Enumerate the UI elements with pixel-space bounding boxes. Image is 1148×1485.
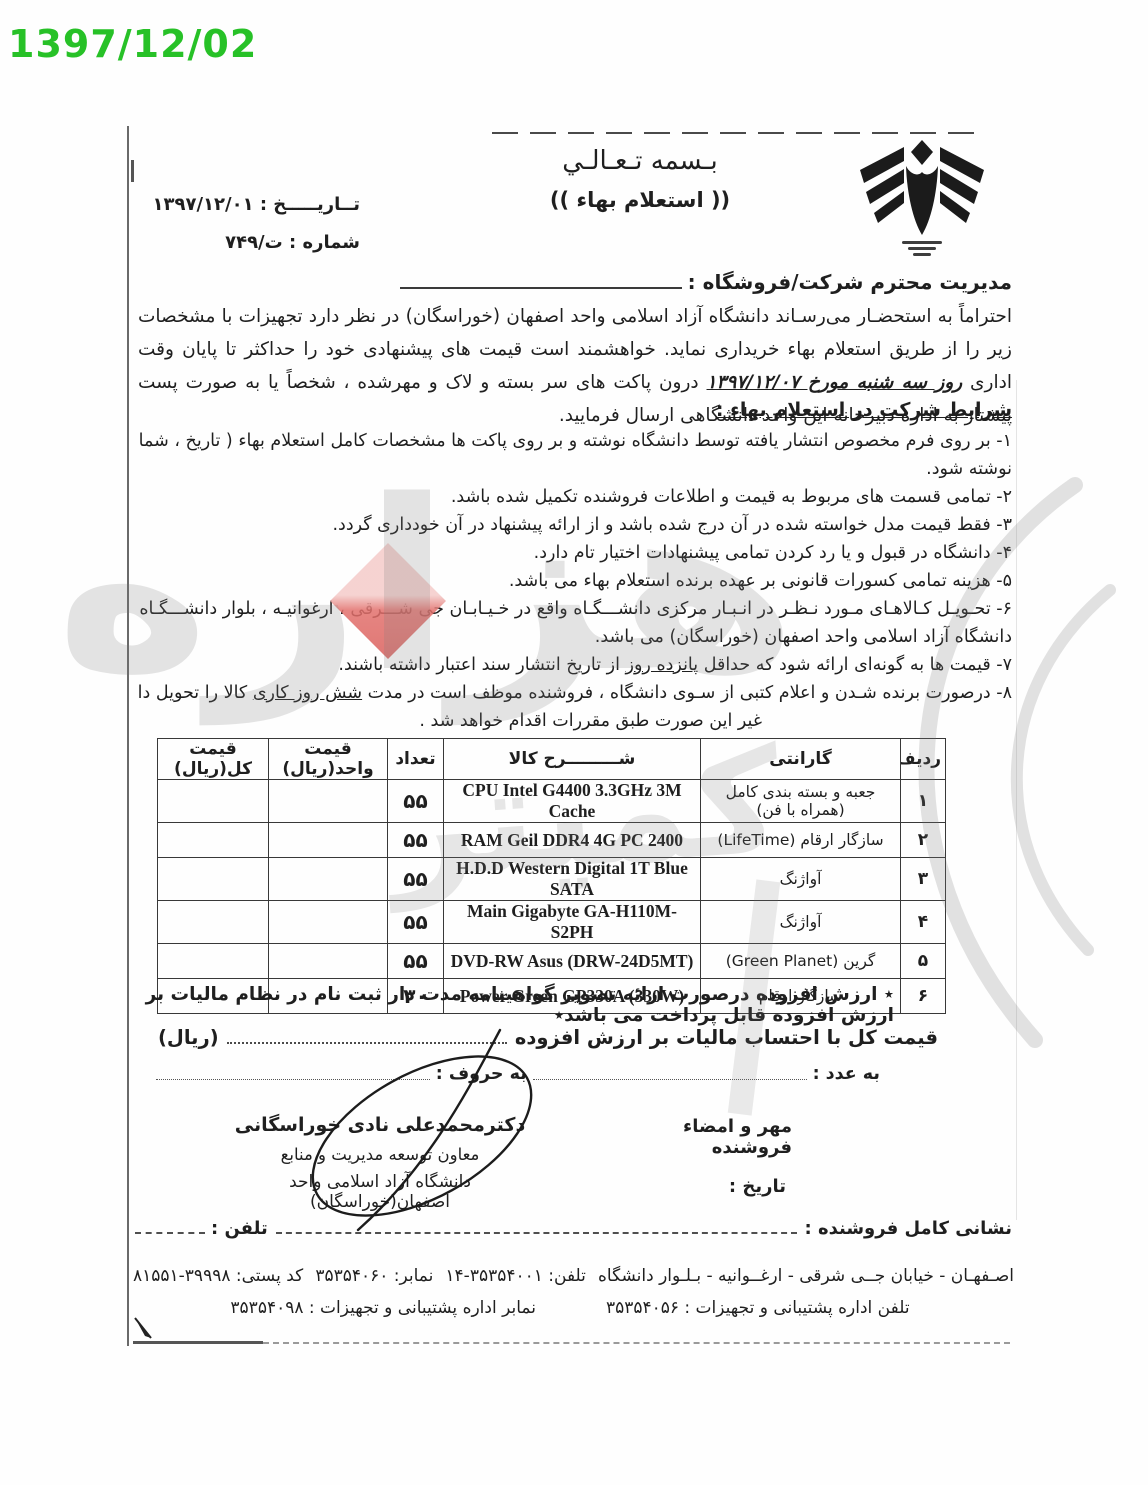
total-price-label: قیمت کل با احتساب مالیات بر ارزش افزوده	[515, 1026, 938, 1049]
condition-1: ۱- بر روی فرم مخصوص انتشار یافته توسط دا…	[138, 427, 1012, 455]
besmele-heading: بـسمه تـعـالـي	[500, 146, 780, 176]
fax-segment: نمابر: ۳۵۳۵۴۰۶۰	[315, 1266, 433, 1286]
deadline-day: روز سه شنبه مورخ	[800, 372, 963, 393]
unit-price-cell	[269, 823, 388, 858]
scan-left-border	[127, 126, 129, 1346]
col-warranty: گارانتی	[701, 739, 901, 780]
seller-seal-block: مهر و امضاء فروشنده تاریخ :	[620, 1116, 792, 1197]
conditions-heading: شرايط شركت در استعلام بهاء :	[138, 399, 1012, 421]
scanned-inquiry-document: 1397/12/02 بـسمه تـعـالـي (( استعلام بها…	[0, 0, 1148, 1485]
recipient-line: مديريت محترم شركت/فروشگاه :	[400, 270, 1012, 294]
date-value: ۱۳۹۷/۱۲/۰۱	[153, 194, 254, 215]
condition-5: ۵- هزینه تمامی کسورات قانونی بر عهده برن…	[138, 567, 1012, 595]
seller-address-label: نشانی کامل فروشنده :	[805, 1218, 1012, 1239]
deadline-date: ۱۳۹۷/۱۲/۰۷	[707, 372, 800, 393]
total-price-cell	[158, 901, 269, 944]
table-row: ۲ سازگار ارقام (LifeTime) RAM Geil DDR4 …	[158, 823, 946, 858]
table-row: ۳ آواژنگ H.D.D Western Digital 1T Blue S…	[158, 858, 946, 901]
seal-signature-label: مهر و امضاء فروشنده	[620, 1116, 792, 1158]
total-price-cell	[158, 944, 269, 979]
unit-price-cell	[269, 944, 388, 979]
date-line: تــاريـــــخ : ۱۳۹۷/۱۲/۰۱	[150, 186, 360, 224]
condition-7: ۷- قیمت ها به گونه‌ای ارائه شود که حداقل…	[138, 651, 1012, 679]
recipient-blank-line	[400, 286, 682, 289]
total-price-cell	[158, 780, 269, 823]
scan-margin-tick	[131, 160, 134, 182]
number-value: ۷۴۹/ت	[225, 232, 283, 253]
condition-2: ۲- تمامی قسمت های مربوط به قیمت و اطلاعا…	[138, 483, 1012, 511]
footer-contact-line: اصـفهـان - خیابان جــی شرقی - ارغــوانیه…	[133, 1266, 1014, 1286]
deadline-phrase: روز سه شنبه مورخ ۱۳۹۷/۱۲/۰۷	[707, 372, 963, 393]
seller-address-line: نشانی کامل فروشنده : تلفن :	[135, 1218, 1012, 1239]
unit-price-cell	[269, 780, 388, 823]
conditions-list: ۱- بر روی فرم مخصوص انتشار یافته توسط دا…	[138, 427, 1012, 735]
number-label: شماره :	[289, 232, 360, 253]
seller-phone-blank	[135, 1231, 205, 1234]
condition-6-cont: دانشگاه آزاد اسلامی واحد اصفهان (خوراسگا…	[138, 623, 1012, 651]
seller-phone-label: تلفن :	[211, 1218, 268, 1239]
table-row: ۴ آواژنگ Main Gigabyte GA-H110M-S2PH ۵۵	[158, 901, 946, 944]
fax-number: ۳۵۳۵۴۰۶۰	[315, 1266, 388, 1286]
corner-pen-mark	[131, 1316, 161, 1346]
condition-1-cont: نوشته شود.	[138, 455, 1012, 483]
postal-segment: کد پستی: ۸۱۵۵۱-۳۹۹۹۸	[133, 1266, 303, 1286]
support-phone: تلفن اداره پشتیبانی و تجهیزات : ۳۵۳۵۴۰۵۶	[606, 1298, 910, 1318]
phone-segment: تلفن: ۱۴-۳۵۳۵۴۰۰۱	[445, 1266, 586, 1286]
col-description: شـــــــــرح کالا	[444, 739, 701, 780]
footer-support-line: تلفن اداره پشتیبانی و تجهیزات : ۳۵۳۵۴۰۵۶…	[245, 1298, 895, 1318]
unit-price-cell	[269, 901, 388, 944]
postal-code: ۸۱۵۵۱-۳۹۹۹۸	[133, 1266, 230, 1286]
in-digits-label: به عدد :	[813, 1064, 880, 1084]
document-title: (( استعلام بهاء ))	[500, 188, 780, 212]
university-address: اصـفهـان - خیابان جــی شرقی - ارغــوانیه…	[598, 1266, 1014, 1286]
rial-unit-label: (ریال)	[158, 1026, 219, 1049]
unit-price-cell	[269, 858, 388, 901]
date-number-block: تــاريـــــخ : ۱۳۹۷/۱۲/۰۱ شماره : ۷۴۹/ت	[150, 186, 360, 262]
col-row-number: ردیف	[901, 739, 946, 780]
recipient-label: مديريت محترم شركت/فروشگاه :	[688, 270, 1012, 294]
condition-4: ۴- دانشگاه در قبول و یا رد کردن تمامی پی…	[138, 539, 1012, 567]
col-unit-price: قیمت واحد(ریال)	[269, 739, 388, 780]
seller-address-blank	[276, 1231, 797, 1234]
number-line: شماره : ۷۴۹/ت	[150, 224, 360, 262]
table-header-row: ردیف گارانتی شـــــــــرح کالا تعداد قیم…	[158, 739, 946, 780]
condition-8-cont: غیر این صورت طبق مقررات اقدام خواهد شد .	[138, 707, 1012, 735]
phone-number: ۱۴-۳۵۳۵۴۰۰۱	[445, 1266, 542, 1286]
support-fax: نمابر اداره پشتیبانی و تجهیزات : ۳۵۳۵۴۰۹…	[230, 1298, 536, 1318]
table-row: ۱ جعبه و بسته بندی کامل (همراه با فن) CP…	[158, 780, 946, 823]
condition-8: ۸- درصورت برنده شـدن و اعلام کتبی از سـو…	[138, 679, 1012, 707]
items-table: ردیف گارانتی شـــــــــرح کالا تعداد قیم…	[157, 738, 946, 1014]
bottom-border-dashed	[263, 1342, 1010, 1344]
vat-note: ٭ ارزش افزوده درصورت ارائه تصویر گواهینا…	[138, 984, 894, 1026]
date-label: تــاريـــــخ :	[260, 194, 360, 215]
condition-3: ۳- فقط قیمت مدل خواسته شده در آن درج شده…	[138, 511, 1012, 539]
scan-date-stamp: 1397/12/02	[8, 22, 257, 66]
col-quantity: تعداد	[388, 739, 444, 780]
col-total-price: قیمت کل(ریال)	[158, 739, 269, 780]
total-price-cell	[158, 823, 269, 858]
table-row: ۵ گرین (Green Planet) DVD-RW Asus (DRW-2…	[158, 944, 946, 979]
university-logo-icon	[852, 138, 992, 268]
signature-date-label: تاریخ :	[620, 1176, 792, 1197]
header-dashed-line	[492, 132, 986, 134]
total-price-cell	[158, 858, 269, 901]
scan-right-border	[1016, 380, 1017, 1220]
condition-6: ۶- تحـویـل کـالاهـای مـورد نـظـر در انـب…	[138, 595, 1012, 623]
in-digits-blank	[533, 1078, 807, 1080]
